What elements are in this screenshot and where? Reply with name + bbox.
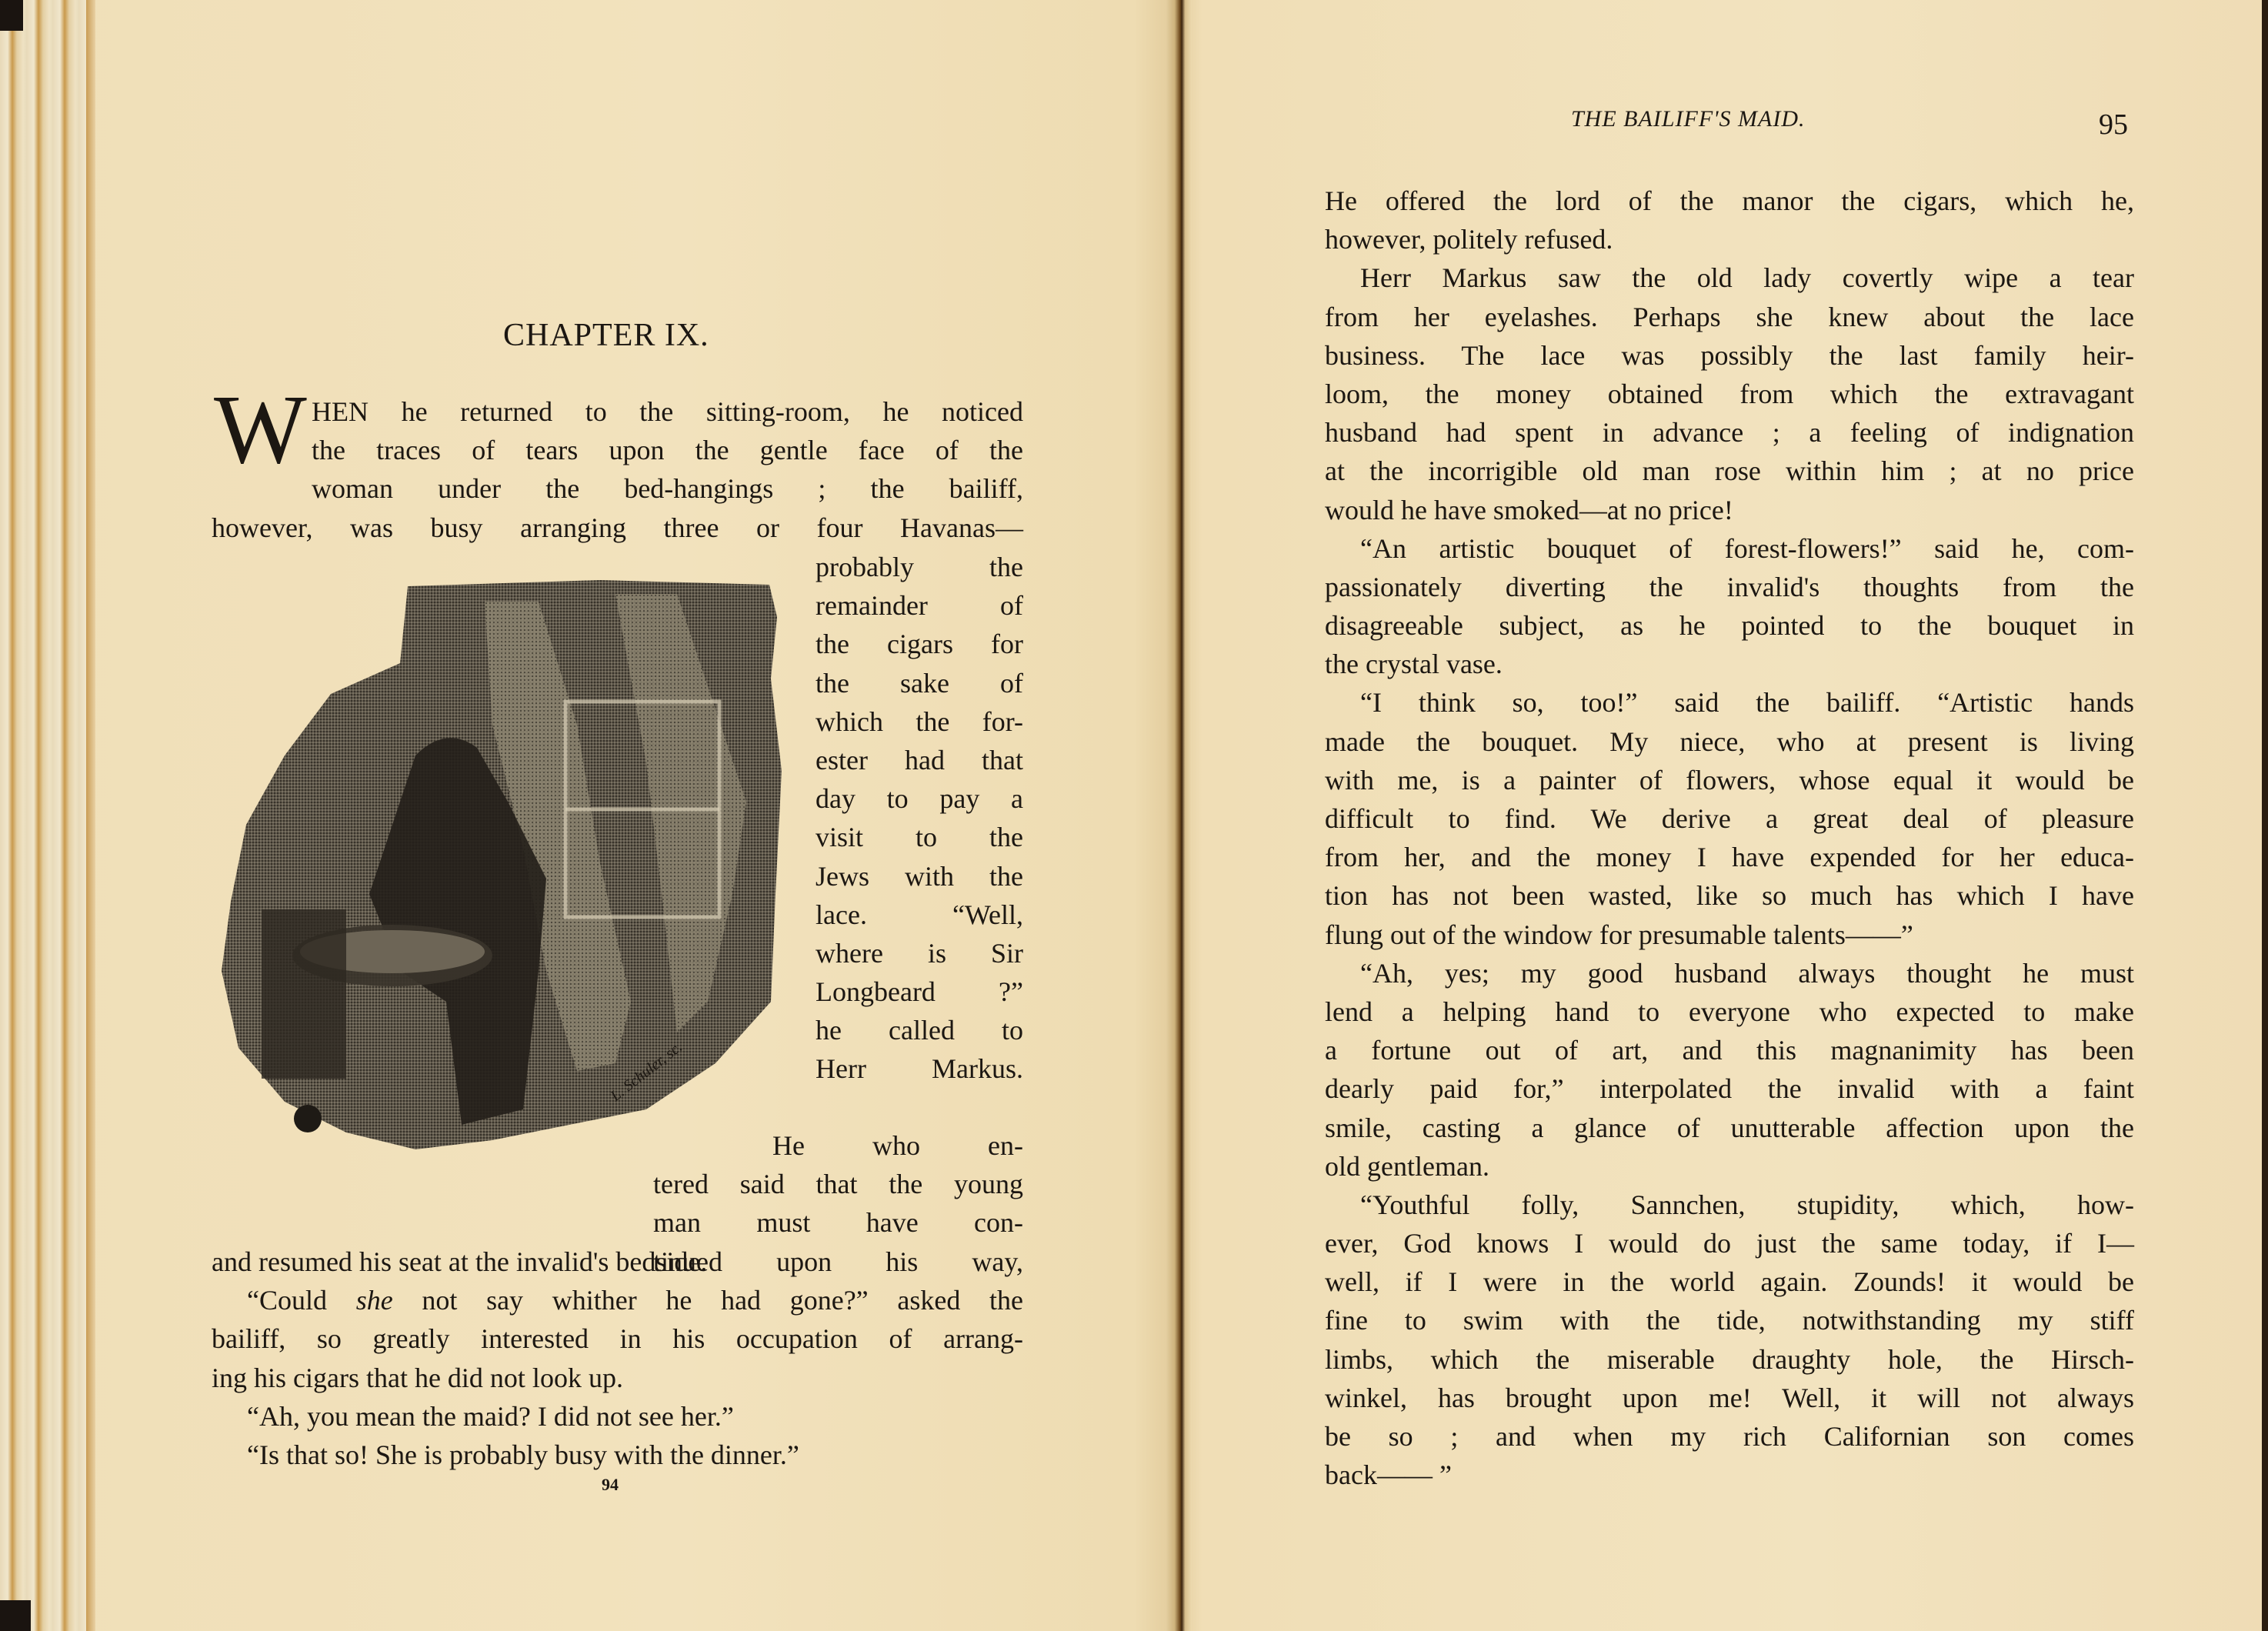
chapter-title: CHAPTER IX. xyxy=(503,317,709,354)
text-line: the crystal vase. xyxy=(1325,645,2134,683)
text-line: difficult to find. We derive a great dea… xyxy=(1325,799,2134,838)
chapter-opening-paragraph: HEN he returned to the sitting-room, he … xyxy=(212,392,1023,547)
background-corner xyxy=(0,0,23,31)
text-line: “Ah, you mean the maid? I did not see he… xyxy=(212,1397,1023,1436)
running-head: THE BAILIFF'S MAID. xyxy=(1571,106,1806,132)
left-page-body-bottom: and resumed his seat at the invalid's be… xyxy=(212,1242,1023,1474)
text-line: “Is that so! She is probably busy with t… xyxy=(212,1436,1023,1474)
text-line: woman under the bed-hangings ; the baili… xyxy=(212,469,1023,508)
text-line: be so ; and when my rich Californian son… xyxy=(1325,1417,2134,1456)
text-line: fine to swim with the tide, notwithstand… xyxy=(1325,1301,2134,1339)
text-line: He offered the lord of the manor the cig… xyxy=(1325,182,2134,220)
text-line: passionately diverting the invalid's tho… xyxy=(1325,568,2134,606)
text-line: “I think so, too!” said the bailiff. “Ar… xyxy=(1325,683,2134,722)
text-line: at the incorrigible old man rose within … xyxy=(1325,452,2134,490)
text-line: day to pay a xyxy=(815,779,1023,818)
text-line: smile, casting a glance of unutterable a… xyxy=(1325,1109,2134,1147)
text-line: made the bouquet. My niece, who at prese… xyxy=(1325,722,2134,761)
page-stack-edges xyxy=(0,0,91,1631)
text-line: well, if I were in the world again. Zoun… xyxy=(1325,1262,2134,1301)
text-line: HEN he returned to the sitting-room, he … xyxy=(212,392,1023,431)
text-line: man must have con- xyxy=(653,1203,1023,1242)
text-line: with me, is a painter of flowers, whose … xyxy=(1325,761,2134,799)
page-number: 95 xyxy=(2099,108,2128,142)
text-line: old gentleman. xyxy=(1325,1147,2134,1186)
text-line: winkel, has brought upon me! Well, it wi… xyxy=(1325,1379,2134,1417)
text-line: dearly paid for,” interpolated the inval… xyxy=(1325,1069,2134,1108)
text-line: remainder of xyxy=(815,586,1023,625)
text-line: the traces of tears upon the gentle face… xyxy=(212,431,1023,469)
right-page-edge xyxy=(2262,0,2268,1631)
text-line: “Youthful folly, Sannchen, stupidity, wh… xyxy=(1325,1186,2134,1224)
text-line: flung out of the window for presumable t… xyxy=(1325,916,2134,954)
text-segment: not say whither he had gone?” asked the xyxy=(422,1285,1023,1316)
text-line: a fortune out of art, and this magnanimi… xyxy=(1325,1031,2134,1069)
text-segment: “Could xyxy=(247,1285,327,1316)
text-line: where is Sir xyxy=(815,934,1023,972)
right-page: THE BAILIFF'S MAID. 95 He offered the lo… xyxy=(1192,0,2262,1631)
text-line: bailiff, so greatly interested in his oc… xyxy=(212,1319,1023,1358)
text-beside-illustration: probably the remainder of the cigars for… xyxy=(815,548,1023,1089)
text-line: and resumed his seat at the invalid's be… xyxy=(212,1242,1023,1281)
text-line: “Ah, yes; my good husband always thought… xyxy=(1325,954,2134,992)
text-line: business. The lace was possibly the last… xyxy=(1325,336,2134,375)
text-line: limbs, which the miserable draughty hole… xyxy=(1325,1340,2134,1379)
text-line: however, was busy arranging three or fou… xyxy=(212,509,1023,547)
text-line: he called to xyxy=(815,1011,1023,1049)
text-line: however, politely refused. xyxy=(1325,220,2134,258)
text-line: the sake of xyxy=(815,664,1023,702)
text-line: the cigars for xyxy=(815,625,1023,663)
text-line: ester had that xyxy=(815,741,1023,779)
text-line: “An artistic bouquet of forest-flowers!”… xyxy=(1325,529,2134,568)
italic-word: she xyxy=(356,1285,393,1316)
engraving-image: L. Schuler, sc. xyxy=(215,571,794,1152)
text-line: loom, the money obtained from which the … xyxy=(1325,375,2134,413)
text-line: Longbeard ?” xyxy=(815,972,1023,1011)
left-page: CHAPTER IX. W HEN he returned to the sit… xyxy=(95,0,1165,1631)
text-line: He who en- xyxy=(653,1126,1023,1165)
text-line: would he have smoked—at no price! xyxy=(1325,491,2134,529)
text-line: tion has not been wasted, like so much h… xyxy=(1325,876,2134,915)
text-line: husband had spent in advance ; a feeling… xyxy=(1325,413,2134,452)
background-corner xyxy=(0,1600,31,1631)
text-line: lace. “Well, xyxy=(815,896,1023,934)
text-line: Herr Markus. xyxy=(815,1049,1023,1088)
text-line: “Could she not say whither he had gone?”… xyxy=(212,1281,1023,1319)
book-gutter xyxy=(1166,0,1192,1631)
text-line: probably the xyxy=(815,548,1023,586)
text-line: ever, God knows I would do just the same… xyxy=(1325,1224,2134,1262)
text-line: Herr Markus saw the old lady covertly wi… xyxy=(1325,258,2134,297)
book-spread: CHAPTER IX. W HEN he returned to the sit… xyxy=(0,0,2268,1631)
illustration-engraving: L. Schuler, sc. xyxy=(215,571,794,1152)
text-line: visit to the xyxy=(815,818,1023,856)
page-number: 94 xyxy=(602,1475,619,1495)
text-line: Jews with the xyxy=(815,857,1023,896)
text-line: which the for- xyxy=(815,702,1023,741)
right-page-body: He offered the lord of the manor the cig… xyxy=(1325,182,2134,1494)
page-stack-shadow xyxy=(86,0,95,1631)
text-line: tered said that the young xyxy=(653,1165,1023,1203)
text-line: back—— ” xyxy=(1325,1456,2134,1494)
text-line: ing his cigars that he did not look up. xyxy=(212,1359,1023,1397)
text-line: from her eyelashes. Perhaps she knew abo… xyxy=(1325,298,2134,336)
text-line: from her, and the money I have expended … xyxy=(1325,838,2134,876)
text-line: disagreeable subject, as he pointed to t… xyxy=(1325,606,2134,645)
text-line: lend a helping hand to everyone who expe… xyxy=(1325,992,2134,1031)
